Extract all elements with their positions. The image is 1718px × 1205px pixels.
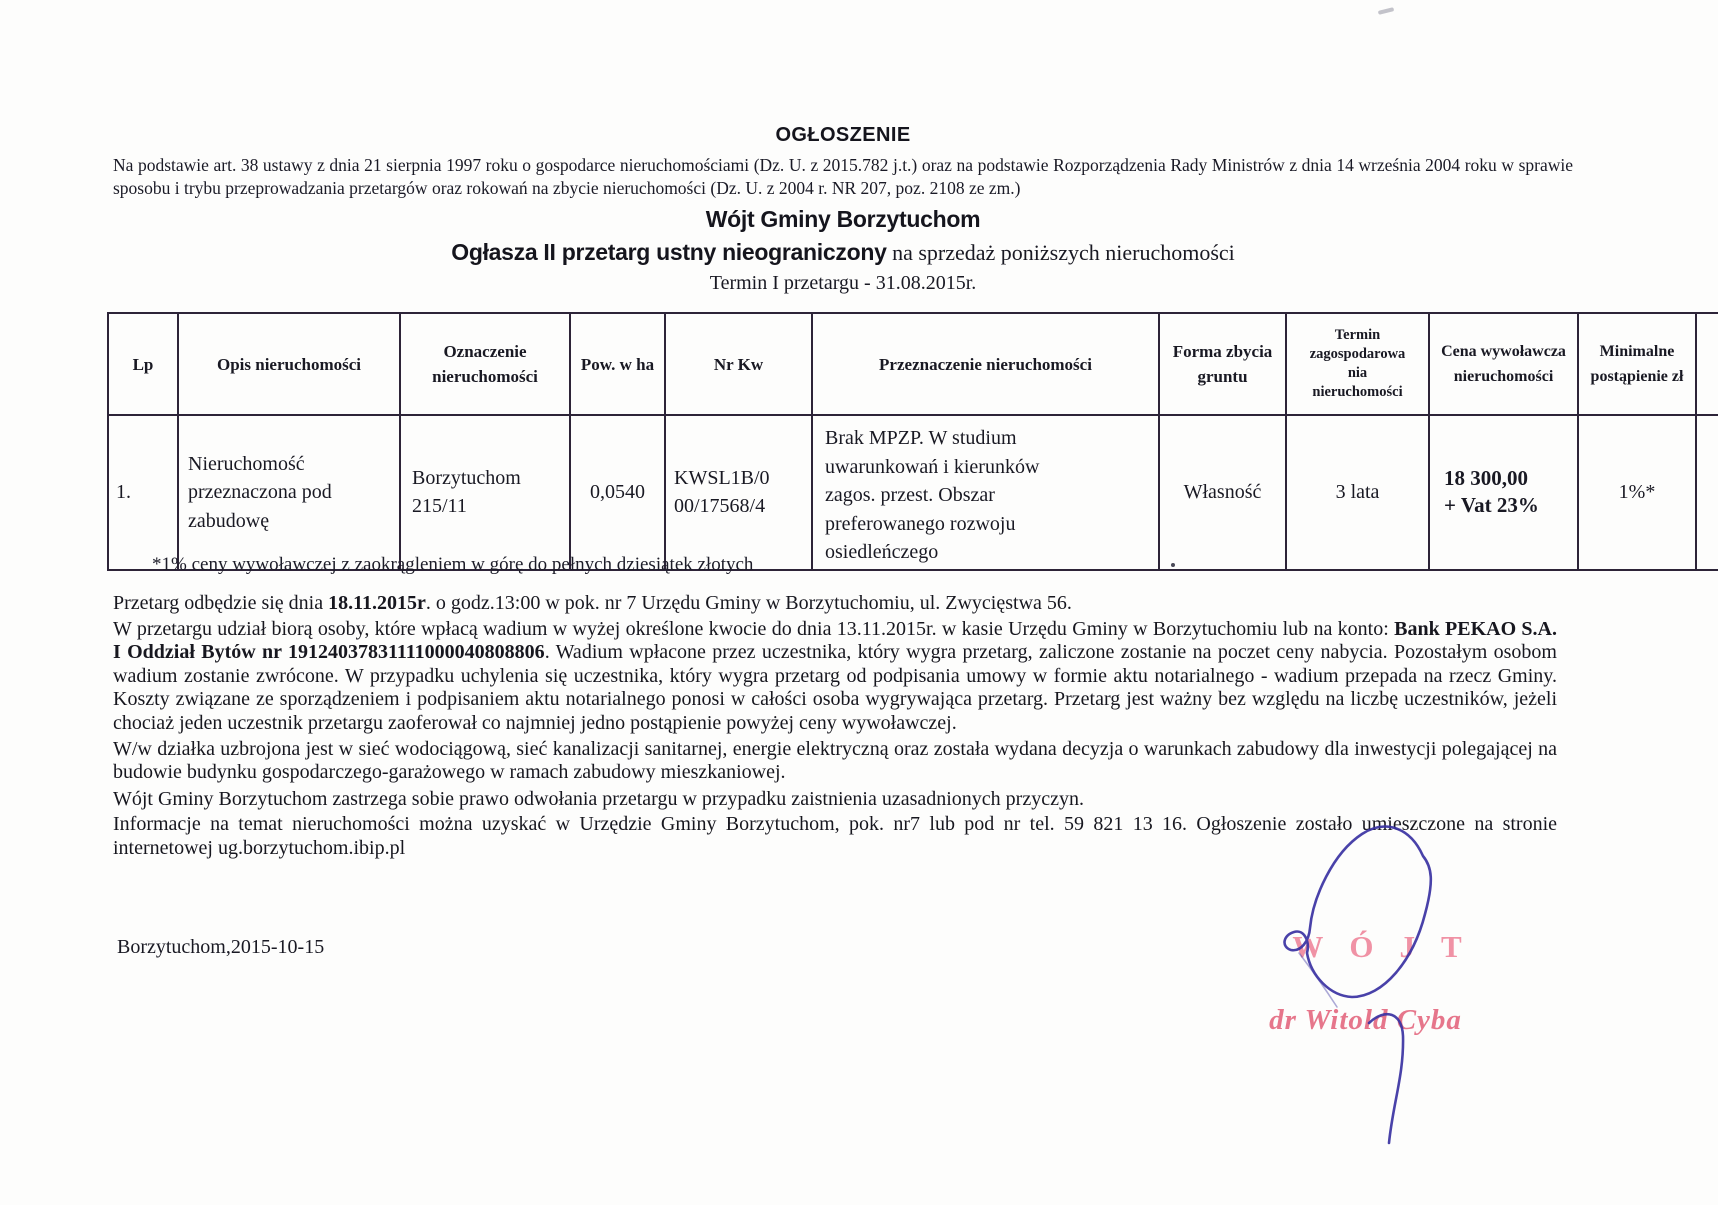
p1-text: Przetarg odbędzie się dnia — [113, 592, 328, 614]
column-header-opis: Opis nieruchomości — [178, 313, 400, 415]
scan-artifact-smudge — [1378, 7, 1394, 15]
stamp-signer-name: dr Witold Cyba — [1258, 1004, 1473, 1037]
cell-forma: Własność — [1159, 415, 1286, 570]
page-title: OGŁOSZENIE — [113, 124, 1573, 147]
auction-properties-table: Lp Opis nieruchomości Oznaczenie nieruch… — [107, 312, 1718, 571]
p1-bold-date: 18.11.2015r — [328, 592, 426, 614]
signature-strokes — [1285, 827, 1431, 1143]
announcement-body: Przetarg odbędzie się dnia 18.11.2015r. … — [113, 592, 1557, 863]
scan-artifact-dot — [1171, 563, 1175, 567]
paragraph-auction-date: Przetarg odbędzie się dnia 18.11.2015r. … — [113, 592, 1557, 616]
cell-oznaczenie: Borzytuchom 215/11 — [400, 415, 570, 570]
column-header-nr-kw: Nr Kw — [665, 313, 812, 415]
price-footnote: *1% ceny wywoławczej z zaokrągleniem w g… — [152, 554, 753, 576]
cell-minimalne: 1%* — [1578, 415, 1696, 570]
announcement-bold-text: Ogłasza II przetarg ustny nieograniczony — [451, 239, 886, 265]
p2-text: W przetargu udział biorą osoby, które wp… — [113, 618, 1394, 640]
column-header-wadium: Wadium zł — [1696, 313, 1718, 415]
cell-pow: 0,0540 — [570, 415, 665, 570]
paragraph-wadium-terms: W przetargu udział biorą osoby, które wp… — [113, 618, 1557, 736]
issuing-authority: Wójt Gminy Borzytuchom — [113, 206, 1573, 233]
cell-przeznaczenie: Brak MPZP. W studium uwarunkowań i kieru… — [812, 415, 1159, 570]
column-header-pow: Pow. w ha — [570, 313, 665, 415]
p1-text-rest: . o godz.13:00 w pok. nr 7 Urzędu Gminy … — [426, 592, 1072, 614]
announcement-regular-text: na sprzedaż poniższych nieruchomości — [887, 240, 1235, 265]
cell-opis: Nieruchomość przeznaczona pod zabudowę — [178, 415, 400, 570]
cell-wadium: 1 800,00 — [1696, 415, 1718, 570]
announcement-line: Ogłasza II przetarg ustny nieograniczony… — [113, 239, 1573, 266]
first-auction-term: Termin I przetargu - 31.08.2015r. — [113, 272, 1573, 295]
paragraph-utilities: W/w działka uzbrojona jest w sieć wodoci… — [113, 738, 1557, 785]
table-row: 1. Nieruchomość przeznaczona pod zabudow… — [108, 415, 1718, 570]
cell-termin: 3 lata — [1286, 415, 1429, 570]
column-header-cena: Cena wywoławcza nieruchomości — [1429, 313, 1578, 415]
cell-cena: 18 300,00 + Vat 23% — [1429, 415, 1578, 570]
column-header-przeznaczenie: Przeznaczenie nieruchomości — [812, 313, 1159, 415]
legal-basis-paragraph: Na podstawie art. 38 ustawy z dnia 21 si… — [113, 154, 1573, 199]
cell-lp: 1. — [108, 415, 178, 570]
table-header-row: Lp Opis nieruchomości Oznaczenie nieruch… — [108, 313, 1718, 415]
column-header-oznaczenie: Oznaczenie nieruchomości — [400, 313, 570, 415]
stamp-title-wojt: WÓJT — [1252, 929, 1502, 965]
column-header-minimalne: Minimalne postąpienie zł — [1578, 313, 1696, 415]
column-header-forma: Forma zbycia gruntu — [1159, 313, 1286, 415]
cell-nr-kw: KWSL1B/0 00/17568/4 — [665, 415, 812, 570]
paragraph-cancellation-right: Wójt Gminy Borzytuchom zastrzega sobie p… — [113, 788, 1557, 812]
document-header: OGŁOSZENIE Na podstawie art. 38 ustawy z… — [113, 124, 1573, 295]
place-and-date: Borzytuchom,2015-10-15 — [117, 936, 324, 959]
column-header-termin: Termin zagospodarowa nia nieruchomości — [1286, 313, 1429, 415]
paragraph-contact-info: Informacje na temat nieruchomości można … — [113, 813, 1557, 860]
column-header-lp: Lp — [108, 313, 178, 415]
scanned-announcement-document: OGŁOSZENIE Na podstawie art. 38 ustawy z… — [0, 0, 1718, 1205]
